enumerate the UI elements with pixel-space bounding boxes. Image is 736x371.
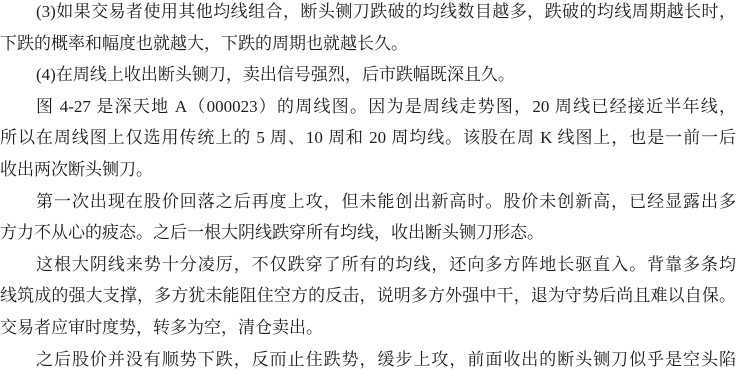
text-line: 之后股价并没有顺势下跌，反而止住跌势，缓步上攻，前面收出的断头铡刀似乎是空头陷 xyxy=(0,344,736,371)
text-block: (3)如果交易者使用其他均线组合，断头铡刀跌破的均线数目越多，跌破的均线周期越长… xyxy=(0,0,736,371)
text-line: (4)在周线上收出断头铡刀，卖出信号强烈，后市跌幅既深且久。 xyxy=(0,59,736,91)
text-line: 方力不从心的疲态。之后一根大阴线跌穿所有均线，收出断头铡刀形态。 xyxy=(0,217,736,249)
text-line: (3)如果交易者使用其他均线组合，断头铡刀跌破的均线数目越多，跌破的均线周期越长… xyxy=(0,0,736,28)
text-line: 收出两次断头铡刀。 xyxy=(0,154,736,186)
document-page: (3)如果交易者使用其他均线组合，断头铡刀跌破的均线数目越多，跌破的均线周期越长… xyxy=(0,0,736,371)
text-line: 线筑成的强大支撑，多方犹未能阻住空方的反击，说明多方外强中干，退为守势后尚且难以… xyxy=(0,280,736,312)
text-line: 所以在周线图上仅选用传统上的 5 周、10 周和 20 周均线。该股在周 K 线… xyxy=(0,122,736,154)
text-line: 图 4-27 是深天地 A（000023）的周线图。因为是周线走势图，20 周线… xyxy=(0,91,736,123)
text-line: 第一次出现在股价回落之后再度上攻，但未能创出新高时。股价未创新高，已经显露出多 xyxy=(0,186,736,218)
text-line: 这根大阴线来势十分凌厉，不仅跌穿了所有的均线，还向多方阵地长驱直入。背靠多条均 xyxy=(0,249,736,281)
text-line: 下跌的概率和幅度也就越大，下跌的周期也就越长久。 xyxy=(0,28,736,60)
text-line: 交易者应审时度势，转多为空，清仓卖出。 xyxy=(0,312,736,344)
